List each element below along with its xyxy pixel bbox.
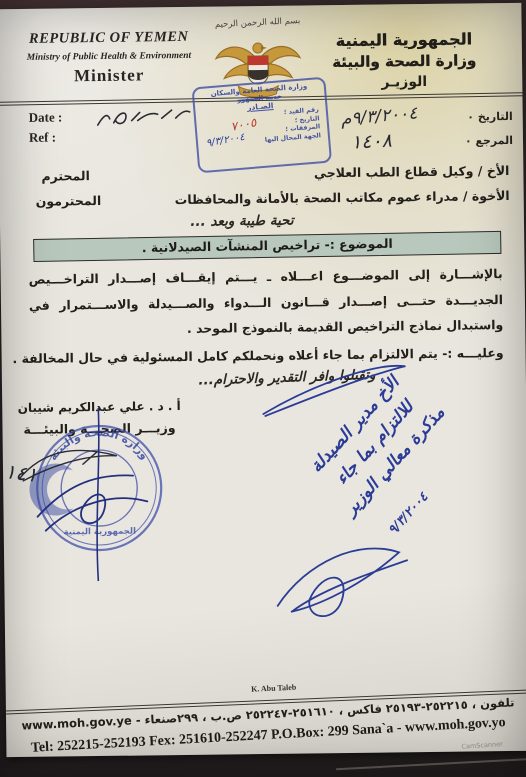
ministry-name-ar: وزارة الصحة والبيئة [294, 51, 514, 72]
date-label-ar: التاريخ ٠ [467, 110, 513, 124]
honorific-2: المحترمون [36, 193, 102, 209]
pen-vertical-line [88, 408, 110, 583]
ref-label-en: Ref : [29, 127, 63, 147]
office-title-ar: الوزيـر [294, 73, 514, 92]
date-ref-block-en: Date : Ref : [29, 107, 63, 147]
note-date: ٩/٣/٢٠٠٤ [386, 489, 432, 538]
scanned-photo: REPUBLIC OF YEMEN Ministry of Public Hea… [0, 0, 526, 777]
background-paper-edge [336, 758, 526, 770]
recipient-1: الأخ / وكيل قطاع الطب العلاجي [314, 163, 510, 180]
date-label-en: Date : [29, 107, 63, 127]
bismillah-text: بسم الله الرحمن الرحيم [197, 15, 317, 31]
recipient-line-1: الأخ / وكيل قطاع الطب العلاجي المحترم [13, 163, 509, 184]
date-handwritten-scribble [94, 106, 194, 133]
ref-value-handwritten: ١٤٠٨ [351, 130, 393, 154]
date-ref-block-ar: التاريخ ٠ ٩/٣/٢٠٠٤م المرجع ٠ ١٤٠٨ [323, 105, 514, 155]
date-value-handwritten: ٩/٣/٢٠٠٤م [340, 103, 418, 129]
letterhead-english: REPUBLIC OF YEMEN Ministry of Public Hea… [10, 29, 209, 87]
country-name-ar: الجمهورية اليمنية [294, 29, 514, 51]
honorific-1: المحترم [41, 168, 90, 184]
camscanner-watermark: CamScanner [461, 740, 503, 751]
ministry-name-en: Ministry of Public Health & Environment [10, 51, 208, 63]
office-title-en: Minister [10, 65, 208, 87]
country-name-en: REPUBLIC OF YEMEN [10, 29, 208, 48]
letter-paper: REPUBLIC OF YEMEN Ministry of Public Hea… [0, 3, 526, 757]
greeting-line: تحية طيبة وبعد ... [0, 210, 484, 232]
handwritten-referral-note: الأخ مدير الصيدلة للالتزام بما جاء مذكرة… [245, 345, 526, 643]
margin-number-handwritten: ١٤١ [4, 459, 39, 487]
letterhead-arabic: الجمهورية اليمنية وزارة الصحة والبيئة ال… [294, 29, 515, 92]
outgoing-registry-stamp: وزارة الصحة العامة والسكان خدمة الجمهور … [192, 77, 333, 174]
ref-label-ar: المرجع ٠ [465, 134, 513, 148]
recipient-2: الأخوة / مدراء عموم مكاتب الصحة بالأمانة… [175, 188, 510, 207]
recipient-line-2: الأخوة / مدراء عموم مكاتب الصحة بالأمانة… [14, 188, 510, 209]
subject-box: الموضوع :- تراخيص المنشآت الصيدلانية . [33, 231, 501, 262]
